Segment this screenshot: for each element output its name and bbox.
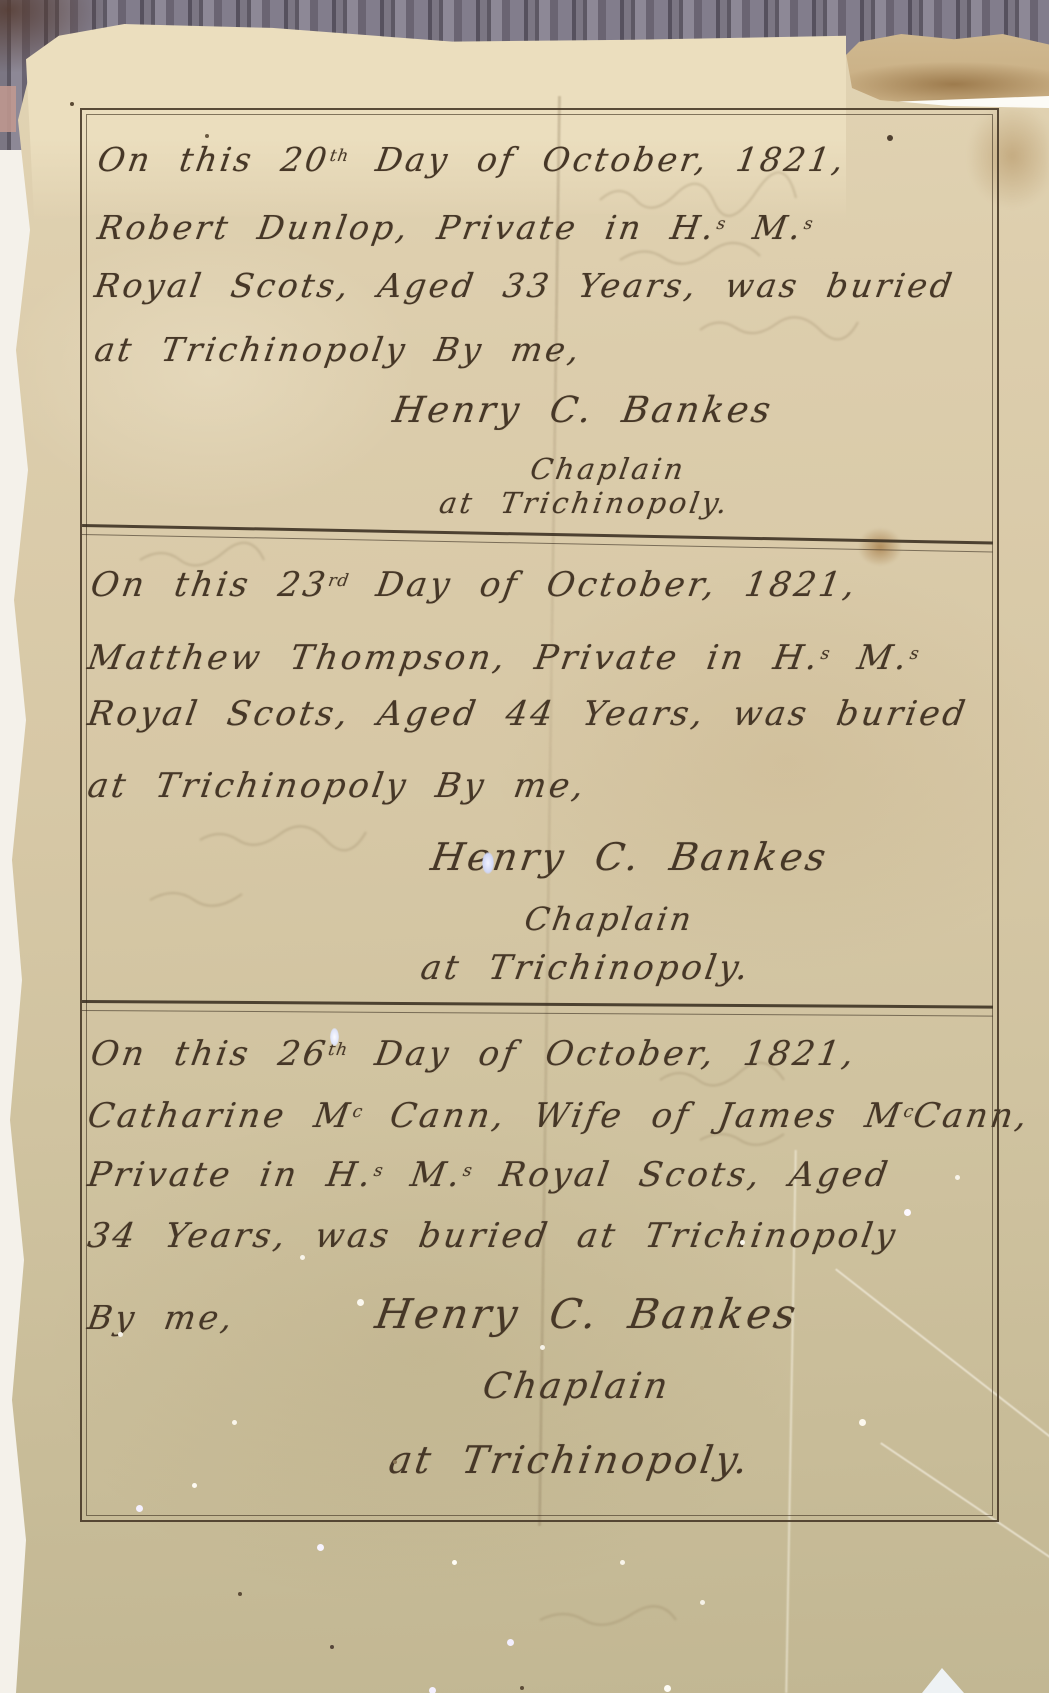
signature-title: Chaplain	[480, 1366, 673, 1407]
paper-tear-spot	[330, 1028, 339, 1046]
record-line: Royal Scots, Aged 44 Years, was buried	[85, 694, 971, 734]
byline: By me,	[85, 1298, 238, 1337]
bottom-edge-notch	[922, 1668, 964, 1693]
signature-place: at Trichinopoly.	[386, 1438, 754, 1482]
signature-title: Chaplain	[522, 900, 697, 938]
record-line: at Trichinopoly By me,	[92, 330, 585, 369]
signature-place: at Trichinopoly.	[418, 948, 754, 988]
paper-tear-spot	[482, 852, 494, 874]
record-line: On this 23rd Day of October, 1821,	[88, 565, 861, 605]
signature-name: Henry C. Bankes	[390, 390, 776, 431]
record-line: at Trichinopoly By me,	[85, 766, 589, 806]
record-line: On this 20th Day of October, 1821,	[95, 140, 849, 179]
signature-name: Henry C. Bankes	[372, 1290, 802, 1338]
record-line: Catharine Mc Cann, Wife of James McCann,	[85, 1096, 1033, 1136]
record-line: On this 26th Day of October, 1821,	[88, 1034, 859, 1074]
record-line: 34 Years, was buried at Trichinopoly	[85, 1216, 901, 1256]
signature-title: Chaplain	[528, 452, 689, 486]
record-line: Royal Scots, Aged 33 Years, was buried	[92, 266, 957, 305]
record-line: Private in H.s M.s Royal Scots, Aged	[85, 1155, 893, 1195]
signature-place: at Trichinopoly.	[437, 486, 732, 520]
photo-of-burial-register: On this 20th Day of October, 1821, Rober…	[0, 0, 1049, 1693]
record-line: Robert Dunlop, Private in H.s M.s	[95, 208, 816, 247]
record-line: Matthew Thompson, Private in H.s M.s	[85, 638, 922, 678]
dark-specks	[0, 0, 4, 4]
